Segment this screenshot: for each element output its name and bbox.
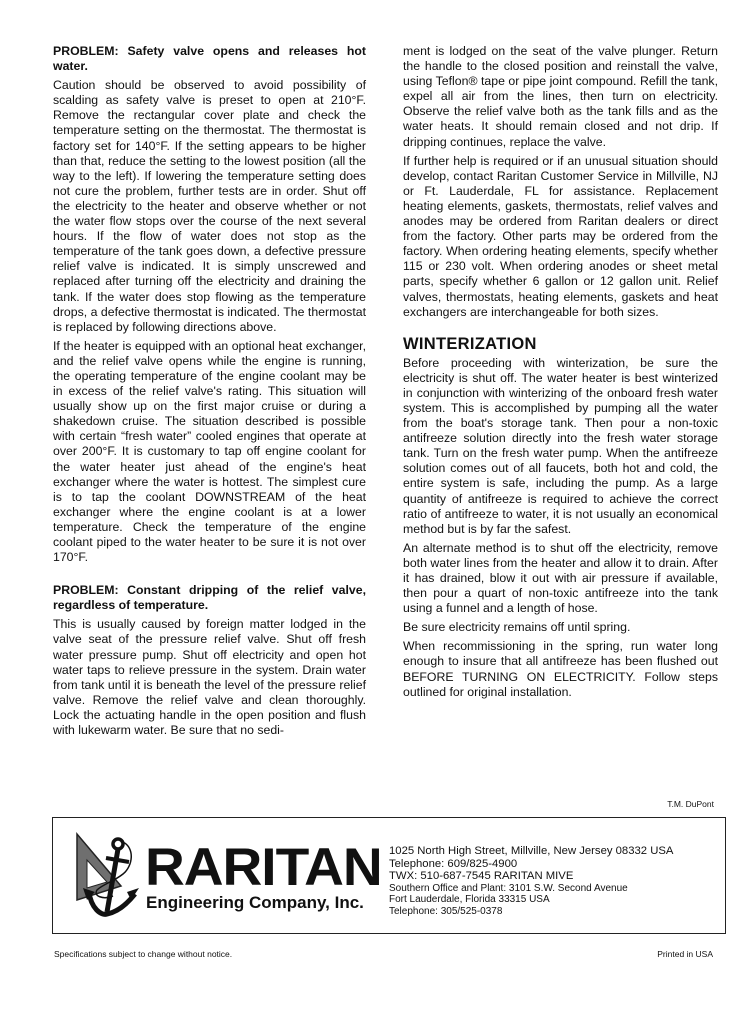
company-footer-box: RARITAN Engineering Company, Inc. 1025 N…	[52, 817, 726, 934]
photo-credit: T.M. DuPont	[667, 799, 714, 809]
paragraph: Be sure electricity remains off until sp…	[403, 620, 718, 635]
address-line: 1025 North High Street, Millville, New J…	[389, 845, 673, 858]
printed-in-notice: Printed in USA	[657, 949, 713, 959]
paragraph: If further help is required or if an unu…	[403, 154, 718, 320]
left-column: PROBLEM: Safety valve opens and releases…	[53, 44, 366, 742]
southern-office-city: Fort Lauderdale, Florida 33315 USA	[389, 894, 673, 906]
paragraph: Before proceeding with winterization, be…	[403, 356, 718, 537]
section-heading-winterization: WINTERIZATION	[403, 334, 718, 354]
problem-heading-safety-valve: PROBLEM: Safety valve opens and releases…	[53, 44, 366, 74]
paragraph: Caution should be observed to avoid poss…	[53, 78, 366, 335]
paragraph: ment is lodged on the seat of the valve …	[403, 44, 718, 150]
paragraph: When recommissioning in the spring, run …	[403, 639, 718, 699]
twx-line: TWX: 510-687-7545 RARITAN MIVE	[389, 870, 673, 883]
specifications-notice: Specifications subject to change without…	[54, 949, 232, 959]
phone-line: Telephone: 609/825-4900	[389, 858, 673, 871]
paragraph: An alternate method is to shut off the e…	[403, 541, 718, 616]
problem-heading-constant-dripping: PROBLEM: Constant dripping of the relief…	[53, 583, 366, 613]
right-column: ment is lodged on the seat of the valve …	[403, 44, 718, 704]
paragraph: This is usually caused by foreign matter…	[53, 617, 366, 738]
brand-name: RARITAN	[145, 841, 382, 895]
southern-office-phone: Telephone: 305/525-0378	[389, 906, 673, 918]
brand-subtitle: Engineering Company, Inc.	[146, 893, 364, 913]
anchor-with-drafting-triangle-icon	[73, 830, 149, 922]
paragraph: If the heater is equipped with an option…	[53, 339, 366, 565]
southern-office-line: Southern Office and Plant: 3101 S.W. Sec…	[389, 883, 673, 895]
company-address: 1025 North High Street, Millville, New J…	[389, 845, 673, 917]
